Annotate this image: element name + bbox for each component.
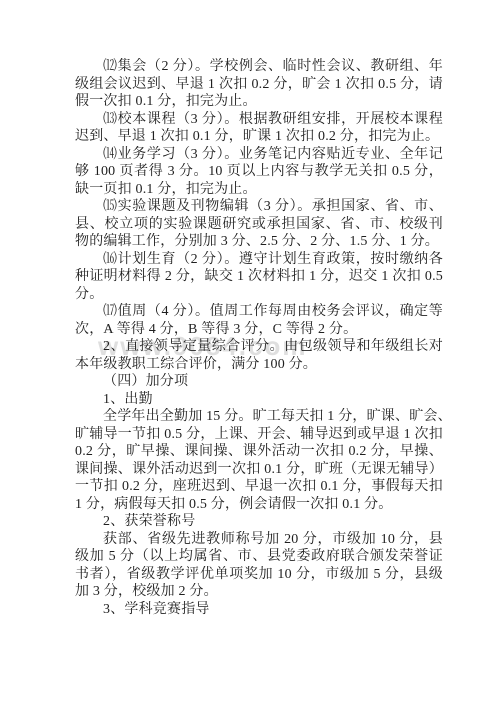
text-line: 级加 5 分（以上均属省、市、县党委政府联合颁发荣誉证 [75, 548, 443, 566]
document-text-block: ⑿集会（2 分）。学校例会、临时性会议、教研组、年级组会议迟到、早退 1 次扣 … [75, 58, 443, 618]
text-line: 旷辅导一节扣 0.5 分，上课、开会、辅导迟到或早退 1 次扣 [75, 426, 443, 444]
text-line: 次，A 等得 4 分，B 等得 3 分，C 等得 2 分。 [75, 321, 443, 339]
text-line: ⒂实验课题及刊物编辑（3 分）。承担国家、省、市、 [75, 198, 443, 216]
text-line: ⑿集会（2 分）。学校例会、临时性会议、教研组、年 [75, 58, 443, 76]
text-line: 缺一页扣 0.1 分，扣完为止。 [75, 181, 443, 199]
text-line: 级组会议迟到、早退 1 次扣 0.2 分，旷会 1 次扣 0.5 分，请 [75, 76, 443, 94]
text-line: 2、直接领导定量综合评分。由包级领导和年级组长对 [75, 338, 443, 356]
document-page: www.9084.com ⑿集会（2 分）。学校例会、临时性会议、教研组、年级组… [0, 0, 500, 708]
text-line: 本年级教职工综合评价，满分 100 分。 [75, 356, 443, 374]
text-line: ⒀校本课程（3 分）。根据教研组安排，开展校本课程 [75, 111, 443, 129]
text-line: 0.2 分，旷早操、课间操、课外活动一次扣 0.2 分，早操、 [75, 443, 443, 461]
text-line: 种证明材料得 2 分，缺交 1 次材料扣 1 分，迟交 1 次扣 0.5 [75, 268, 443, 286]
text-line: 县、校立项的实验课题研究或承担国家、省、市、校级刊 [75, 216, 443, 234]
text-line: 3、学科竞赛指导 [75, 601, 443, 619]
text-line: 假一次扣 0.1 分，扣完为止。 [75, 93, 443, 111]
text-line: ⒄值周（4 分）。值周工作每周由校务会评议，确定等 [75, 303, 443, 321]
text-line: 够 100 页者得 3 分。10 页以上内容与教学无关扣 0.5 分， [75, 163, 443, 181]
text-line: 课间操、课外活动迟到一次扣 0.1 分，旷班（无课无辅导） [75, 461, 443, 479]
text-line: 全学年出全勤加 15 分。旷工每天扣 1 分，旷课、旷会、 [75, 408, 443, 426]
text-line: 2、获荣誉称号 [75, 513, 443, 531]
text-line: 分。 [75, 286, 443, 304]
text-line: 一节扣 0.2 分，座班迟到、早退一次扣 0.1 分，事假每天扣 [75, 478, 443, 496]
text-line: 1、出勤 [75, 391, 443, 409]
text-line: ⒁业务学习（3 分）。业务笔记内容贴近专业、全年记 [75, 146, 443, 164]
text-line: （四）加分项 [75, 373, 443, 391]
text-line: 1 分，病假每天扣 0.5 分，例会请假一次扣 0.1 分。 [75, 496, 443, 514]
text-line: 书者），省级教学评优单项奖加 10 分，市级加 5 分，县级 [75, 566, 443, 584]
text-line: 获部、省级先进教师称号加 20 分，市级加 10 分，县 [75, 531, 443, 549]
text-line: 物的编辑工作，分别加 3 分、2.5 分、2 分、1.5 分、1 分。 [75, 233, 443, 251]
text-line: ⒃计划生育（2 分）。遵守计划生育政策，按时缴纳各 [75, 251, 443, 269]
text-line: 加 3 分，校级加 2 分。 [75, 583, 443, 601]
text-line: 迟到、早退 1 次扣 0.1 分，旷课 1 次扣 0.2 分，扣完为止。 [75, 128, 443, 146]
